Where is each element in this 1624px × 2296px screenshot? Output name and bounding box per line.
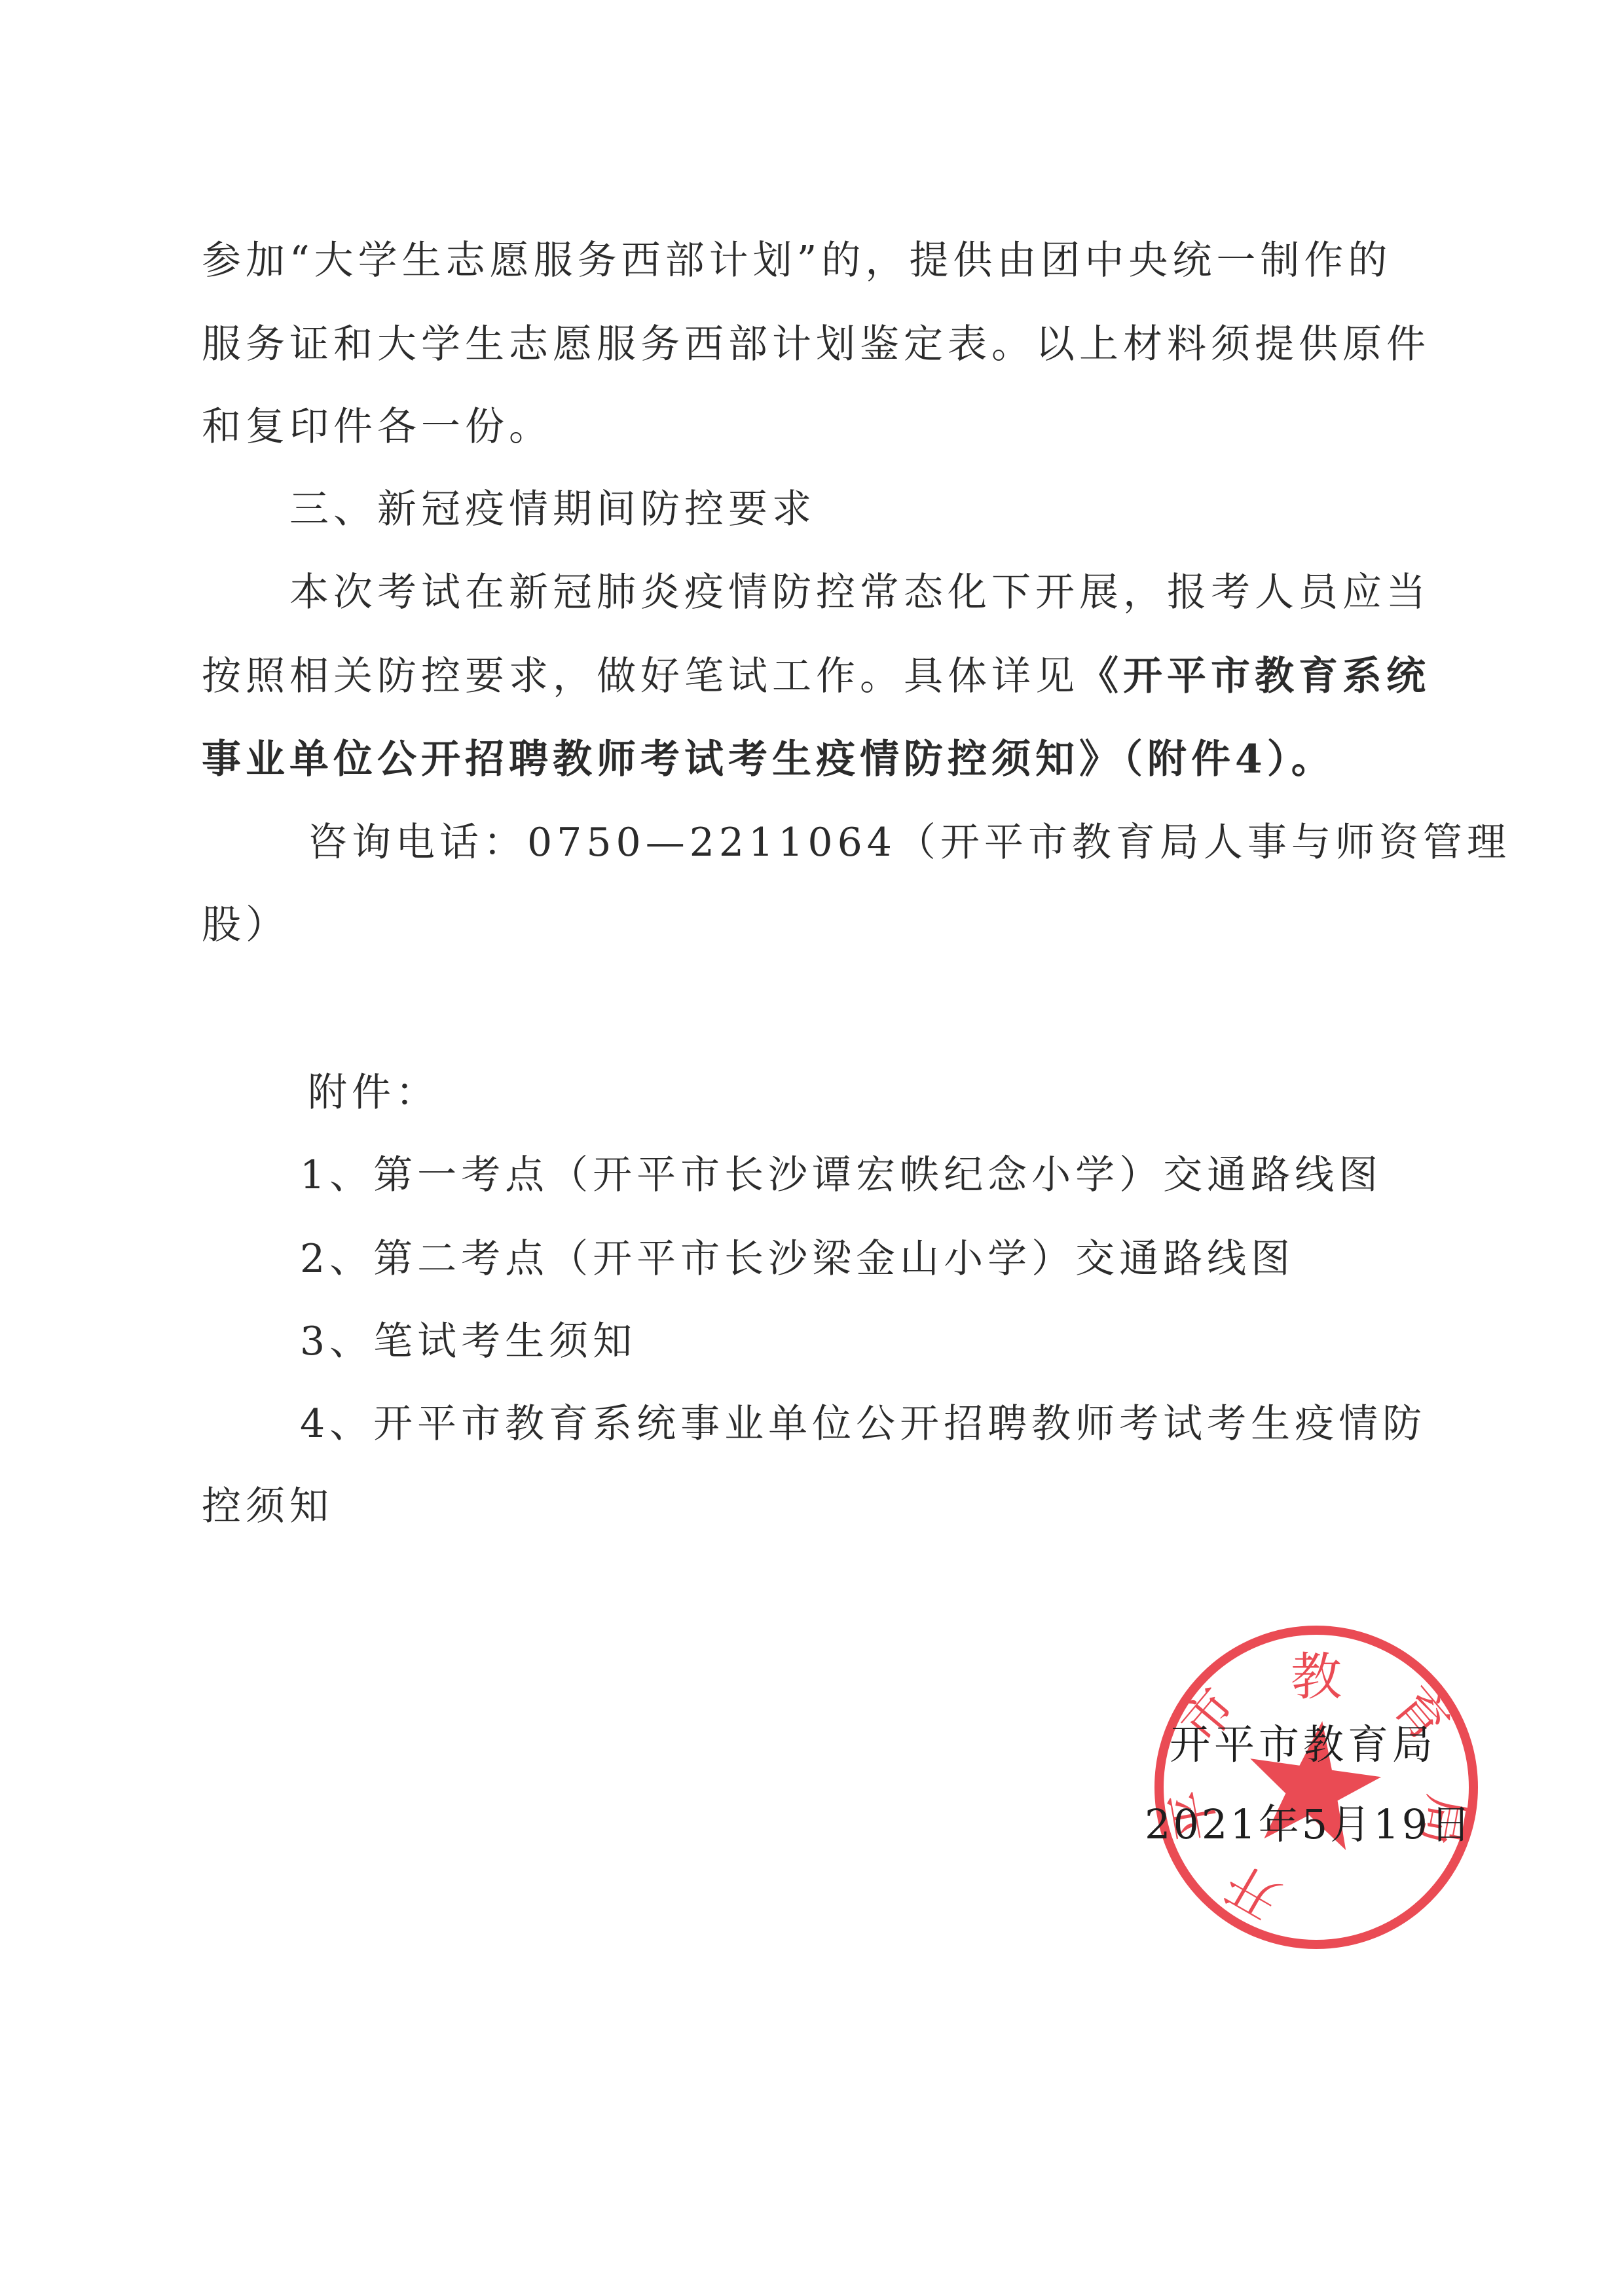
- contact-phone-line: 咨询电话：0750—2211064（开平市教育局人事与师资管理: [308, 821, 1511, 864]
- official-seal-icon: 开 平 市 教 育 局: [1151, 1622, 1481, 1952]
- document-page: 参加“大学生志愿服务西部计划”的，提供由团中央统一制作的 服务证和大学生志愿服务…: [0, 0, 1624, 2296]
- issue-date: 2021年5月19日: [1145, 1802, 1473, 1848]
- section-heading: 三、新冠疫情期间防控要求: [289, 488, 816, 531]
- section-body-line: 按照相关防控要求，做好笔试工作。具体详见《开平市教育系统: [202, 655, 1430, 698]
- paragraph-line: 参加“大学生志愿服务西部计划”的，提供由团中央统一制作的: [202, 239, 1392, 282]
- paragraph-line: 服务证和大学生志愿服务西部计划鉴定表。以上材料须提供原件: [202, 323, 1430, 366]
- section-body-line: 事业单位公开招聘教师考试考生疫情防控须知》（附件4）。: [202, 738, 1335, 781]
- attachment-item-2: 2、第二考点（开平市长沙梁金山小学）交通路线图: [300, 1237, 1295, 1281]
- attachments-label: 附件：: [308, 1071, 439, 1114]
- attachment-item-3: 3、笔试考生须知: [300, 1320, 637, 1363]
- attachment-reference: 《开平市教育系统: [1079, 653, 1430, 699]
- attachment-item-1: 1、第一考点（开平市长沙谭宏帙纪念小学）交通路线图: [300, 1154, 1382, 1197]
- paragraph-line: 和复印件各一份。: [202, 405, 553, 448]
- issuing-organization: 开平市教育局: [1170, 1722, 1437, 1768]
- section-body-line: 本次考试在新冠肺炎疫情防控常态化下开展，报考人员应当: [289, 571, 1430, 614]
- attachment-item-4: 4、开平市教育系统事业单位公开招聘教师考试考生疫情防: [300, 1402, 1426, 1446]
- contact-phone-line: 股）: [202, 903, 289, 947]
- section-body-text: 按照相关防控要求，做好笔试工作。具体详见: [202, 653, 1079, 699]
- seal-char: 教: [1291, 1648, 1342, 1707]
- attachment-item-4-continuation: 控须知: [202, 1485, 333, 1528]
